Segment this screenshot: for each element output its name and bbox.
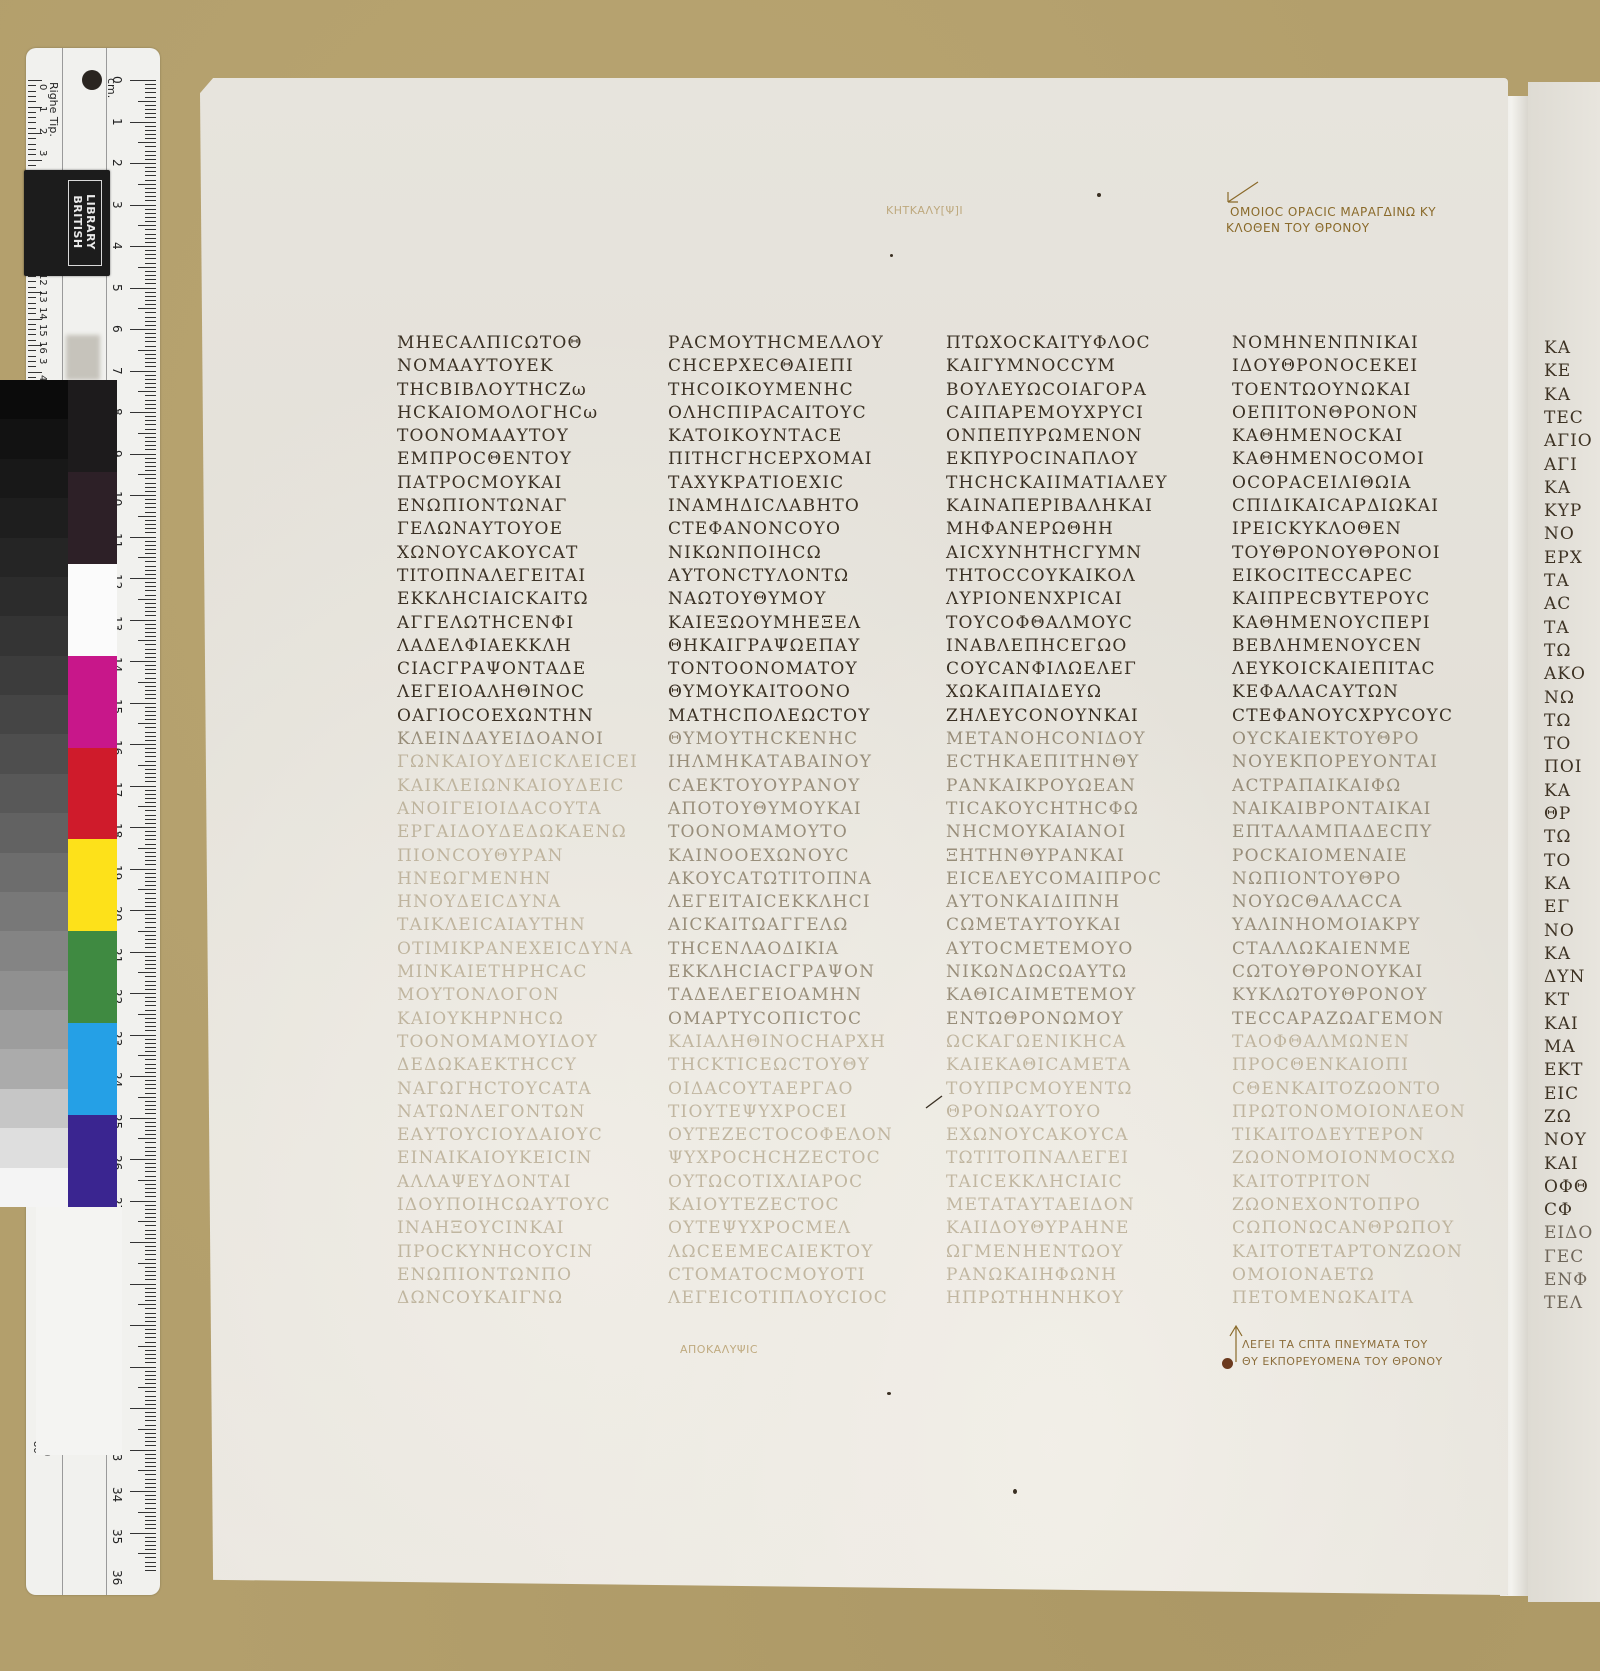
ruler-tick xyxy=(130,1533,156,1534)
ruler-tick xyxy=(145,1545,156,1546)
ruler-tick xyxy=(145,296,156,297)
ruler-tick xyxy=(145,1425,156,1426)
ruler-tick xyxy=(145,200,156,201)
ruler-tick xyxy=(138,765,156,766)
ruler-tick xyxy=(145,466,156,467)
text-line: ΚΑΙΕΚΑΘΙϹΑΜΕΤΑ xyxy=(946,1054,1168,1077)
ruler-tick xyxy=(145,383,156,384)
ruler-tick xyxy=(145,798,156,799)
ruler-tick xyxy=(145,968,156,969)
ruler-tick xyxy=(145,711,156,712)
text-line: ΠΑΤΡΟϹΜΟΥΚΑΙ xyxy=(397,472,638,495)
text-line: ΠΡΟϹΚΥΝΗϹΟΥϹΙΝ xyxy=(397,1241,638,1264)
ruler-tick xyxy=(145,1404,156,1405)
ruler-tick xyxy=(145,1109,156,1110)
ruler-tick xyxy=(145,395,156,396)
text-line: ΚΕΦΑΛΑϹΑΥΤΩΝ xyxy=(1232,681,1466,704)
ruler-tick xyxy=(145,1267,156,1268)
ruler-tick xyxy=(130,205,156,206)
ruler-tick xyxy=(145,1088,156,1089)
text-line: ΕΝΩΠΙΟΝΤΩΝΑΓ xyxy=(397,495,638,518)
text-line: ΛΕΥΚΟΙϹΚΑΙΕΠΙΤΑϹ xyxy=(1232,658,1466,681)
ruler-tick xyxy=(145,437,156,438)
ruler-tick xyxy=(145,1064,156,1065)
ruler-tick xyxy=(145,1308,156,1309)
text-line: ΤΟΕΝΤΩΟΥΝΩΚΑΙ xyxy=(1232,379,1466,402)
ruler-tick xyxy=(145,404,156,405)
ruler-tick xyxy=(145,1342,156,1343)
text-line: ΚΑΘΗΜΕΝΟϹΟΜΟΙ xyxy=(1232,448,1466,471)
text-line: ΜΑΤΗϹΠΟΛΕΩϹΤΟΥ xyxy=(668,705,893,728)
ruler-tick xyxy=(145,644,156,645)
ruler-tick xyxy=(145,1337,156,1338)
ruler-tick xyxy=(145,1288,156,1289)
text-line: ΤΟΝΤΟΟΝΟΜΑΤΟΥ xyxy=(668,658,893,681)
ruler-tick xyxy=(145,300,156,301)
ruler-tick xyxy=(145,1084,156,1085)
ruler-tick xyxy=(130,1408,156,1409)
text-line: ΠΙΤΗϹΓΗϹΕΡΧΟΜΑΙ xyxy=(668,448,893,471)
ruler-tick xyxy=(138,474,156,475)
ruler-tick xyxy=(145,607,156,608)
grey-step xyxy=(0,419,68,458)
ruler-tick xyxy=(28,138,36,139)
text-line: ΖΗΛΕΥϹΟΝΟΥΝΚΑΙ xyxy=(946,705,1168,728)
ruler-tick xyxy=(145,653,156,654)
text-line: ΙΔΟΥΘΡΟΝΟϹΕΚΕΙ xyxy=(1232,355,1466,378)
label-text: LIBRARY BRITISH xyxy=(71,194,97,250)
ruler-tick xyxy=(145,1059,156,1060)
ruler-tick xyxy=(28,122,36,123)
text-line: ΧΩΝΟΥϹΑΚΟΥϹΑΤ xyxy=(397,542,638,565)
text-line: ΝΑΙΚΑΙΒΡΟΝΤΑΙΚΑΙ xyxy=(1232,798,1466,821)
ruler-tick xyxy=(145,976,156,977)
adjacent-folio-text-fragment: ΑΓΙ xyxy=(1544,455,1578,475)
ruler-tick xyxy=(145,989,156,990)
text-line: ΕΜΠΡΟϹΘΕΝΤΟΥ xyxy=(397,448,638,471)
text-line: ΚΑΘΗΜΕΝΟΥϹΠΕΡΙ xyxy=(1232,612,1466,635)
ruler-tick xyxy=(145,346,156,347)
text-line: ΚΑΙΠΡΕϹΒΥΤΕΡΟΥϹ xyxy=(1232,588,1466,611)
ruler-tick xyxy=(138,184,156,185)
text-line: ΤΟΥΘΡΟΝΟΥΘΡΟΝΟΙ xyxy=(1232,542,1466,565)
text-line: ΕΚΚΛΗϹΙΑϹΓΡΑΨΟΝ xyxy=(668,961,893,984)
ruler-tick xyxy=(145,1018,156,1019)
ruler-tick xyxy=(145,420,156,421)
ruler-tick xyxy=(145,636,156,637)
ruler-tick xyxy=(145,1105,156,1106)
ruler-tick xyxy=(145,839,156,840)
ruler-tick xyxy=(145,528,156,529)
ruler-tick xyxy=(130,412,156,413)
text-line: ΚΑΙΝΑΠΕΡΙΒΑΛΗΚΑΙ xyxy=(946,495,1168,518)
ruler-tick xyxy=(145,1134,156,1135)
ruler-tick xyxy=(145,1321,156,1322)
colour-patch-dark-purple xyxy=(68,472,117,564)
ruler-tick xyxy=(145,615,156,616)
ruler-tick xyxy=(145,1213,156,1214)
text-line: ΕΚΠΥΡΟϹΙΝΑΠΛΟΥ xyxy=(946,448,1168,471)
adjacent-folio-text-fragment: ΟΦΘ xyxy=(1544,1177,1589,1197)
ruler-tick xyxy=(145,1329,156,1330)
ruler-tick xyxy=(145,1433,156,1434)
ruler-tick xyxy=(138,1097,156,1098)
text-line: ΡΑϹΜΟΥΤΗϹΜΕΛΛΟΥ xyxy=(668,332,893,355)
adjacent-folio-text-fragment: ΠΟΙ xyxy=(1544,757,1582,777)
adjacent-folio-text-fragment: ΕΝΦ xyxy=(1544,1270,1588,1290)
text-line: ΘΡΟΝΩΑΥΤΟΥΟ xyxy=(946,1101,1168,1124)
ruler-tick xyxy=(138,433,156,434)
text-line: ΤΟΥΠΡϹΜΟΥΕΝΤΩ xyxy=(946,1078,1168,1101)
label-line-british: BRITISH xyxy=(71,194,84,250)
ruler-tick xyxy=(130,246,156,247)
adjacent-folio-text-fragment: ΕΚΤ xyxy=(1544,1060,1583,1080)
ruler-tick xyxy=(145,603,156,604)
text-line: ΟϹΟΡΑϹΕΙΛΙΘΩΙΑ xyxy=(1232,472,1466,495)
ruler-tick xyxy=(145,130,156,131)
ruler-tick xyxy=(145,242,156,243)
ruler-tick xyxy=(145,810,156,811)
ruler-tick xyxy=(145,1541,156,1542)
text-line: ΔΩΝϹΟΥΚΑΙΓΝΩ xyxy=(397,1287,638,1310)
adjacent-folio-text-fragment: ΕΡΧ xyxy=(1544,548,1583,568)
ruler-tick xyxy=(145,458,156,459)
ruler-tick xyxy=(145,1524,156,1525)
text-line: ϹΑΕΚΤΟΥΟΥΡΑΝΟΥ xyxy=(668,775,893,798)
grey-step xyxy=(0,577,68,616)
ruler-tick xyxy=(145,478,156,479)
ruler-tick xyxy=(138,1512,156,1513)
ruler-tick xyxy=(145,727,156,728)
ruler-tick xyxy=(145,947,156,948)
ruler-tick xyxy=(28,276,36,277)
grey-step xyxy=(0,1128,68,1167)
grey-step xyxy=(0,774,68,813)
adjacent-folio-text-fragment: ΚΑ xyxy=(1544,781,1571,801)
text-line: ΤΙΤΟΠΝΑΛΕΓΕΙΤΑΙ xyxy=(397,565,638,588)
ruler-tick xyxy=(145,1566,156,1567)
adjacent-folio-text-fragment: ΚΑ xyxy=(1544,874,1571,894)
ruler-tick xyxy=(145,275,156,276)
ruler-tick xyxy=(145,997,156,998)
text-column-3: ΠΤΩΧΟϹΚΑΙΤΥΦΛΟϹΚΑΙΓΥΜΝΟϹϹΥΜΒΟΥΛΕΥΩϹΟΙΑΓΟ… xyxy=(946,332,1168,1310)
ruler-tick xyxy=(145,1383,156,1384)
adjacent-folio-text-fragment: ΝΟΥ xyxy=(1544,1130,1587,1150)
ruler-tick xyxy=(145,1022,156,1023)
text-line: ΜΗΕϹΑΛΠΙϹΩΤΟΘ xyxy=(397,332,638,355)
ruler-tick xyxy=(145,893,156,894)
text-line: ΙΝΑΜΗΔΙϹΛΑΒΗΤΟ xyxy=(668,495,893,518)
ruler-tick xyxy=(130,1450,156,1451)
adjacent-folio-text-fragment: ΝΟ xyxy=(1544,921,1575,941)
grey-step xyxy=(0,616,68,655)
ruler-cm-number: 35 xyxy=(110,1529,124,1544)
ruler-tick xyxy=(145,1350,156,1351)
text-line: ΤΗϹΚΤΙϹΕΩϹΤΟΥΘΥ xyxy=(668,1054,893,1077)
ruler-tick xyxy=(28,101,36,102)
ruler-tick xyxy=(145,611,156,612)
ruler-tick xyxy=(145,736,156,737)
ruler-tick xyxy=(130,495,156,496)
ruler-tick xyxy=(130,537,156,538)
ruler-tick xyxy=(145,698,156,699)
ruler-tick xyxy=(145,561,156,562)
text-line: ϹΤΕΦΑΝΟΥϹΧΡΥϹΟΥϹ xyxy=(1232,705,1466,728)
text-line: ΤΙϹΑΚΟΥϹΗΤΗϹΦΩ xyxy=(946,798,1168,821)
ruler-tick xyxy=(145,773,156,774)
ruler-tick xyxy=(145,146,156,147)
ruler-tick xyxy=(28,324,36,325)
text-line: ΑΥΤΟΝϹΤΥΛΟΝΤΩ xyxy=(668,565,893,588)
ruler-tick xyxy=(138,1263,156,1264)
ruler-tick xyxy=(145,109,156,110)
adjacent-folio-text-fragment: ΚΑΙ xyxy=(1544,1154,1579,1174)
text-line: ΟΝΠΕΠΥΡΩΜΕΝΟΝ xyxy=(946,425,1168,448)
ruler-tick xyxy=(145,209,156,210)
ruler-tick xyxy=(145,1562,156,1563)
ruler-tick xyxy=(130,329,156,330)
text-line: ΝΑΓΩΓΗϹΤΟΥϹΑΤΑ xyxy=(397,1078,638,1101)
ruler-tick xyxy=(130,1284,156,1285)
bottom-margin-note-right-line2: ΘΥ ΕΚΠΟΡΕΥΟΜΕΝΑ ΤΟΥ ΘΡΟΝΟΥ xyxy=(1242,1355,1443,1368)
text-line: ΜΕΤΑΝΟΗϹΟΝΙΔΟΥ xyxy=(946,728,1168,751)
text-line: ΕΧΩΝΟΥϹΑΚΟΥϹΑ xyxy=(946,1124,1168,1147)
grey-step xyxy=(0,892,68,931)
ruler-tick xyxy=(28,372,42,373)
ruler-tick xyxy=(28,377,36,378)
ruler-left-number: 14 xyxy=(37,307,48,320)
ruler-cm-number: 5 xyxy=(110,284,124,292)
ruler-tick xyxy=(145,317,156,318)
ruler-tick xyxy=(145,213,156,214)
ruler-tick xyxy=(145,964,156,965)
ruler-tick xyxy=(145,1250,156,1251)
ruler-tick xyxy=(145,258,156,259)
text-line: ΜΟΥΤΟΝΛΟΓΟΝ xyxy=(397,984,638,1007)
ruler-tick xyxy=(145,180,156,181)
adjacent-folio-text-fragment: ΚΑΙ xyxy=(1544,1014,1579,1034)
ruler-tick xyxy=(145,1209,156,1210)
ruler-tick xyxy=(145,1188,156,1189)
text-line: ΝΙΚΩΝΠΟΙΗϹΩ xyxy=(668,542,893,565)
text-line: ϹΟΥϹΑΝΦΙΛΩΕΛΕΓ xyxy=(946,658,1168,681)
ruler-tick xyxy=(145,819,156,820)
text-line: ΝΑΩΤΟΥΘΥΜΟΥ xyxy=(668,588,893,611)
text-line: ΚΑΙΤΟΤΡΙΤΟΝ xyxy=(1232,1171,1466,1194)
text-line: ΥΑΛΙΝΗΟΜΟΙΑΚΡΥ xyxy=(1232,914,1466,937)
text-line: ΝΙΚΩΝΔΩϹΩΑΥΤΩ xyxy=(946,961,1168,984)
text-line: ϹΩΤΟΥΘΡΟΝΟΥΚΑΙ xyxy=(1232,961,1466,984)
ruler-tick xyxy=(145,761,156,762)
text-line: ΚΑΙΟΥΚΗΡΝΗϹΩ xyxy=(397,1008,638,1031)
text-line: ΝΟΜΗΝΕΝΠΝΙΚΑΙ xyxy=(1232,332,1466,355)
colour-patch-cyan xyxy=(68,1023,117,1115)
text-line: ΚΥΚΛΩΤΟΥΘΡΟΝΟΥ xyxy=(1232,984,1466,1007)
colour-patch-yellow xyxy=(68,839,117,931)
ruler-tick xyxy=(138,723,156,724)
adjacent-folio-text-fragment: ΚΤ xyxy=(1544,990,1570,1010)
ruler-tick xyxy=(130,786,156,787)
ruler-left-scale-label: Righe Tip. xyxy=(47,82,60,137)
grey-step xyxy=(0,1089,68,1128)
ruler-tick xyxy=(145,902,156,903)
ruler-tick xyxy=(145,1155,156,1156)
ruler-tick xyxy=(138,1553,156,1554)
ruler-tick xyxy=(145,873,156,874)
text-line: ΓΕΛΩΝΑΥΤΟΥΟΕ xyxy=(397,518,638,541)
ruler-tick xyxy=(145,462,156,463)
grey-step xyxy=(0,656,68,695)
top-margin-note-line1: ΟΜΟΙΟϹ ΟΡΑϹΙϹ ΜΑΡΑΓΔΙΝΩ ΚΥ xyxy=(1230,205,1436,219)
text-line: ΕϹΤΗΚΑΕΠΙΤΗΝΘΥ xyxy=(946,751,1168,774)
ink-blot xyxy=(1222,1358,1233,1369)
text-line: ΤΟΟΝΟΜΑΜΟΥΙΔΟΥ xyxy=(397,1031,638,1054)
text-line: ΟΜΟΙΟΝΑΕΤΩ xyxy=(1232,1264,1466,1287)
text-line: ΙΡΕΙϹΚΥΚΛΟΘΕΝ xyxy=(1232,518,1466,541)
ruler-tick xyxy=(145,1130,156,1131)
adjacent-folio-text-fragment: ΝΩ xyxy=(1544,688,1575,708)
text-line: ϹΘΕΝΚΑΙΤΟΖΩΟΝΤΟ xyxy=(1232,1078,1466,1101)
text-line: ΛΕΓΕΙΟΑΛΗΘΙΝΟϹ xyxy=(397,681,638,704)
ruler-tick xyxy=(145,1549,156,1550)
ruler-tick xyxy=(145,1416,156,1417)
text-column-4: ΝΟΜΗΝΕΝΠΝΙΚΑΙΙΔΟΥΘΡΟΝΟϹΕΚΕΙΤΟΕΝΤΩΟΥΝΩΚΑΙ… xyxy=(1232,332,1466,1310)
text-line: ΤΗϹΗϹΚΑΙΙΜΑΤΙΑΛΕΥ xyxy=(946,472,1168,495)
ruler-left-number: 3 xyxy=(37,358,48,364)
adjacent-folio-text-fragment: ΑΚΟ xyxy=(1544,664,1586,684)
ruler-tick xyxy=(145,400,156,401)
ruler-tick xyxy=(145,1379,156,1380)
ruler-tick xyxy=(28,96,36,97)
ruler-tick xyxy=(130,288,156,289)
text-line: ϹΤΟΜΑΤΟϹΜΟΥΟΤΙ xyxy=(668,1264,893,1287)
ruler-tick xyxy=(145,1292,156,1293)
text-line: ΛΥΡΙΟΝΕΝΧΡΙϹΑΙ xyxy=(946,588,1168,611)
adjacent-folio-text-fragment: ΚΑ xyxy=(1544,944,1571,964)
ruler-tick xyxy=(28,356,36,357)
ruler-tick xyxy=(138,308,156,309)
british-library-label: LIBRARY BRITISH xyxy=(24,170,110,276)
text-line: ΤΙΚΑΙΤΟΔΕΥΤΕΡΟΝ xyxy=(1232,1124,1466,1147)
adjacent-folio-text-fragment: ΚΑ xyxy=(1544,478,1571,498)
ruler-tick xyxy=(145,445,156,446)
ruler-tick xyxy=(145,1238,156,1239)
text-line: ΟΜΑΡΤΥϹΟΠΙϹΤΟϹ xyxy=(668,1008,893,1031)
text-line: ΟΥϹΚΑΙΕΚΤΟΥΘΡΟ xyxy=(1232,728,1466,751)
text-line: ΛΩϹΕΕΜΕϹΑΙΕΚΤΟΥ xyxy=(668,1241,893,1264)
ruler-tick xyxy=(138,889,156,890)
text-line: ΤΑΧΥΚΡΑΤΙΟΕΧΙϹ xyxy=(668,472,893,495)
text-line: ϹΗϹΕΡΧΕϹΘΑΙΕΠΙ xyxy=(668,355,893,378)
ruler-tick xyxy=(145,283,156,284)
ruler-tick xyxy=(145,669,156,670)
ruler-tick xyxy=(145,1537,156,1538)
ruler-tick xyxy=(138,350,156,351)
top-margin-note-line2: ΚΛΟΘΕΝ ΤΟΥ ΘΡΟΝΟΥ xyxy=(1226,221,1370,235)
ruler-tick xyxy=(145,1001,156,1002)
text-line: ΖΩΟΝΟΜΟΙΟΝΜΟϹΧΩ xyxy=(1232,1147,1466,1170)
ruler-tick xyxy=(145,790,156,791)
ruler-tick xyxy=(138,1221,156,1222)
text-line: ΗΠΡΩΤΗΗΝΗΚΟΥ xyxy=(946,1287,1168,1310)
text-line: ΝΩΠΙΟΝΤΟΥΘΡΟ xyxy=(1232,868,1466,891)
ruler-tick xyxy=(145,341,156,342)
adjacent-folio-text-fragment: ΑϹ xyxy=(1544,594,1571,614)
text-line: ΚΑΙΓΥΜΝΟϹϹΥΜ xyxy=(946,355,1168,378)
text-line: ΤΟΟΝΟΜΑΜΟΥΤΟ xyxy=(668,821,893,844)
ruler-tick xyxy=(145,217,156,218)
ruler-tick xyxy=(138,1014,156,1015)
adjacent-folio-text-fragment: ΕΙΔΟ xyxy=(1544,1223,1593,1243)
ruler-tick xyxy=(145,1362,156,1363)
ruler-tick xyxy=(145,1400,156,1401)
ruler-tick xyxy=(145,906,156,907)
ruler-tick xyxy=(145,292,156,293)
text-column-2: ΡΑϹΜΟΥΤΗϹΜΕΛΛΟΥϹΗϹΕΡΧΕϹΘΑΙΕΠΙΤΗϹΟΙΚΟΥΜΕΝ… xyxy=(668,332,893,1310)
ruler-tick xyxy=(130,454,156,455)
running-head: ΚΗΤΚΑΛΥ[Ψ]Ι xyxy=(886,204,963,217)
ruler-tick xyxy=(145,815,156,816)
text-line: ΗϹΚΑΙΟΜΟΛΟΓΗϹω xyxy=(397,402,638,425)
text-line: ΤΗΤΟϹϹΟΥΚΑΙΚΟΛ xyxy=(946,565,1168,588)
ruler-tick xyxy=(28,350,36,351)
ruler-tick xyxy=(145,1354,156,1355)
ruler-tick xyxy=(145,254,156,255)
ruler-tick xyxy=(145,1005,156,1006)
ruler-tick xyxy=(145,1126,156,1127)
ruler-tick xyxy=(145,649,156,650)
margin-stroke-icon xyxy=(924,1094,944,1110)
adjacent-folio: ΚΑΚΕΚΑΤΕϹΑΓΙΟΑΓΙΚΑΚΥΡΝΟΕΡΧΤΑΑϹΤΑΤΩΑΚΟΝΩΤ… xyxy=(1528,82,1600,1602)
text-line: ΚΑΙΟΥΤΕΖΕϹΤΟϹ xyxy=(668,1194,893,1217)
ruler-tick xyxy=(145,134,156,135)
grey-step xyxy=(0,971,68,1010)
ruler-tick xyxy=(145,1420,156,1421)
ruler-tick xyxy=(145,794,156,795)
text-line: ΡΟϹΚΑΙΟΜΕΝΑΙΕ xyxy=(1232,845,1466,868)
ruler-tick xyxy=(145,238,156,239)
ruler-tick xyxy=(145,732,156,733)
ruler-tick xyxy=(145,1371,156,1372)
bottom-margin-note-right-line1: ΛΕΓΕΙ ΤΑ ϹΠΤΑ ΠΝΕΥΜΑΤΑ ΤΟΥ xyxy=(1242,1338,1428,1351)
ruler-tick xyxy=(145,756,156,757)
ruler-tick xyxy=(145,549,156,550)
text-line: ΜΕΤΑΤΑΥΤΑΕΙΔΟΝ xyxy=(946,1194,1168,1217)
text-line: ΤΗϹΟΙΚΟΥΜΕΝΗϹ xyxy=(668,379,893,402)
ruler-tick xyxy=(145,1333,156,1334)
ruler-tick xyxy=(28,149,36,150)
grey-step xyxy=(0,459,68,498)
ruler-tick xyxy=(145,719,156,720)
text-line: ΧΩΚΑΙΠΑΙΔΕΥΩ xyxy=(946,681,1168,704)
ruler-tick xyxy=(145,487,156,488)
grey-step xyxy=(0,1010,68,1049)
grey-step xyxy=(0,931,68,970)
ruler-tick xyxy=(145,1317,156,1318)
ruler-tick xyxy=(28,297,36,298)
ruler-tick xyxy=(145,1391,156,1392)
ruler-tick xyxy=(145,250,156,251)
ruler-tick xyxy=(145,499,156,500)
adjacent-folio-text-fragment: ΚΑ xyxy=(1544,385,1571,405)
text-line: ΝΟΥΩϹΘΑΛΑϹϹΑ xyxy=(1232,891,1466,914)
adjacent-folio-text-fragment: ΤΑ xyxy=(1544,571,1570,591)
text-line: ΜΗΦΑΝΕΡΩΘΗΗ xyxy=(946,518,1168,541)
adjacent-folio-text-fragment: ΕΙϹ xyxy=(1544,1084,1579,1104)
ruler-tick xyxy=(145,333,156,334)
text-line: ΠΡΟϹΘΕΝΚΑΙΟΠΙ xyxy=(1232,1054,1466,1077)
grey-step xyxy=(0,853,68,892)
